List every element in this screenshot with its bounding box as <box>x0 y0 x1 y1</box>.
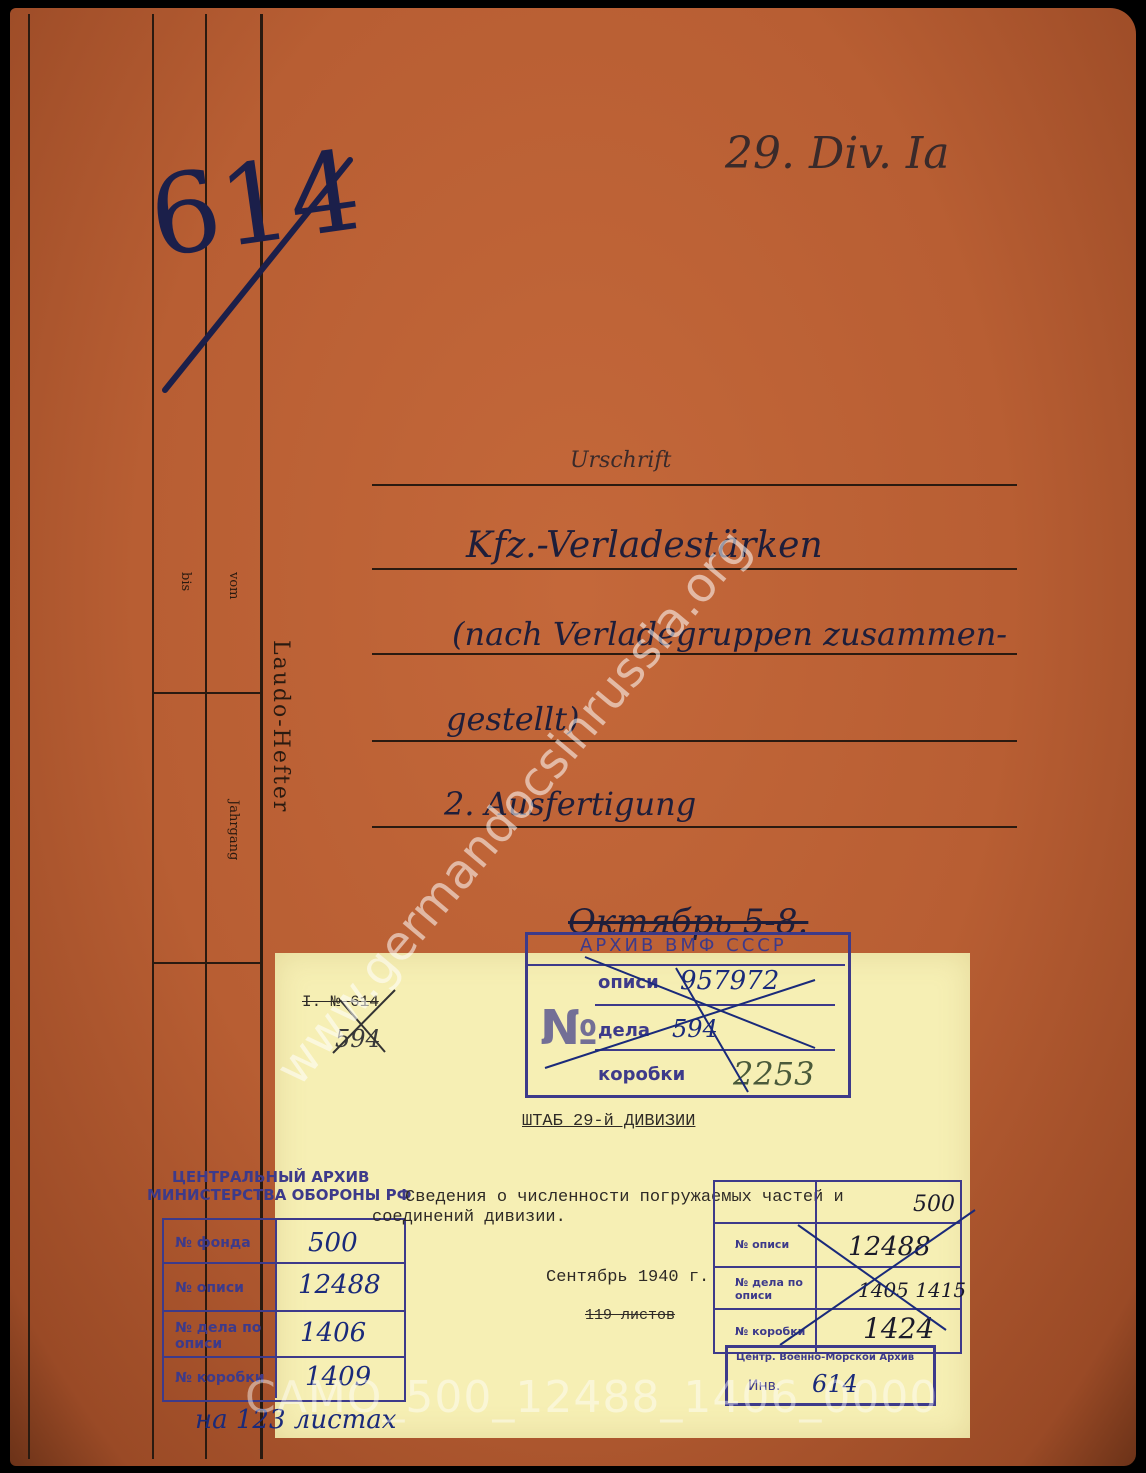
right-table-cross-out <box>0 0 1146 1473</box>
naval-inv-label: Инв. <box>748 1378 780 1394</box>
naval-inv-value: 614 <box>812 1370 858 1398</box>
naval-archive-title: Центр. Военно-Морской Архив <box>736 1352 914 1363</box>
